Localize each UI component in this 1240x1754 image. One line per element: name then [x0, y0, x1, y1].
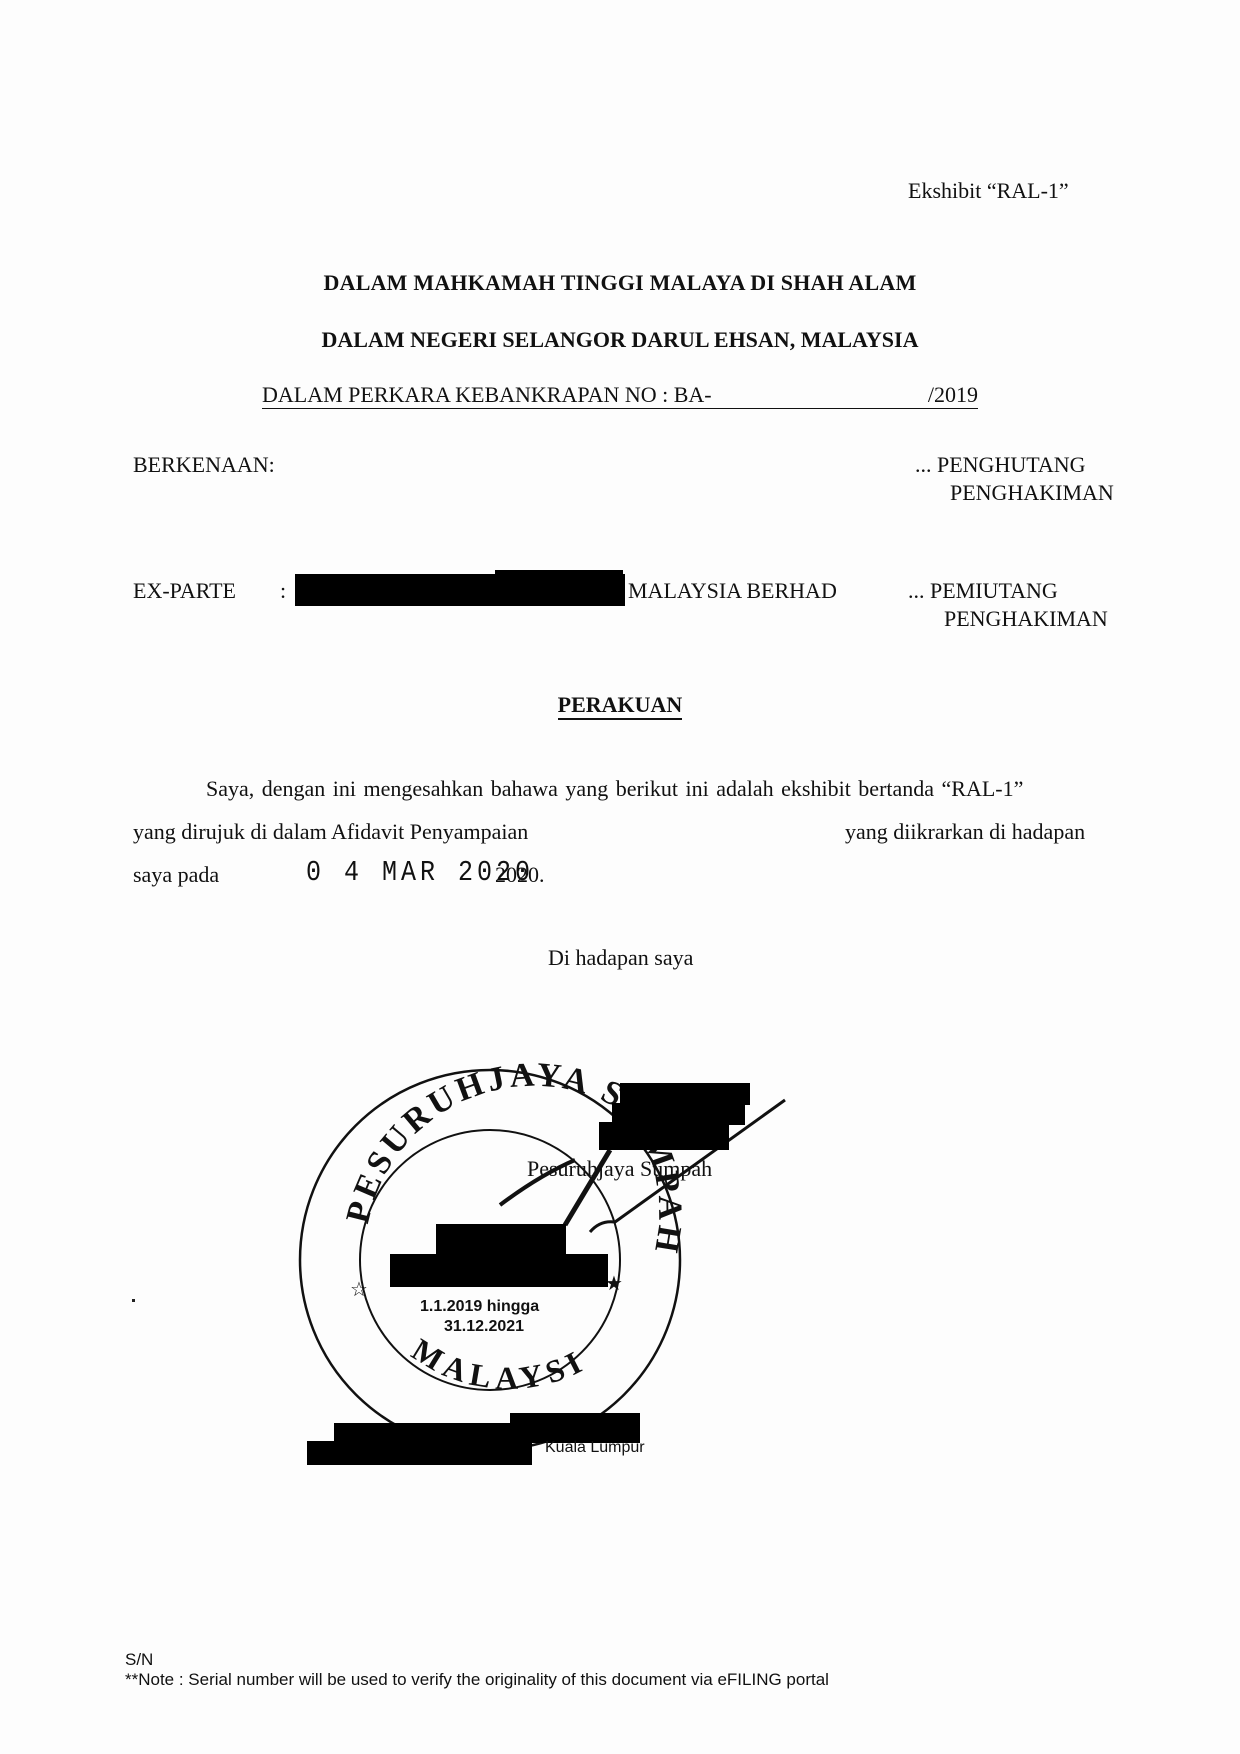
court-title-line1: DALAM MAHKAMAH TINGGI MALAYA DI SHAH ALA…	[0, 270, 1240, 296]
stamp-validity-line1: 1.1.2019 hingga	[420, 1298, 539, 1316]
certificate-heading-text: PERAKUAN	[558, 692, 683, 720]
stamp-validity-line2: 31.12.2021	[444, 1318, 524, 1336]
redaction-address-3	[307, 1441, 532, 1465]
stamp-top-arc-text: PESURUHJAYA S	[339, 1056, 632, 1226]
star-icon: ☆	[350, 1279, 368, 1301]
commissioner-title: Pesuruhjaya Sumpah	[527, 1156, 712, 1182]
case-number-prefix: DALAM PERKARA KEBANKRAPAN NO : BA-	[262, 382, 712, 407]
scan-speck	[132, 1299, 135, 1302]
creditor-role-line1: ... PEMIUTANG	[908, 578, 1058, 604]
redaction-commissioner-name-1	[436, 1224, 566, 1254]
court-title-line2: DALAM NEGERI SELANGOR DARUL EHSAN, MALAY…	[0, 327, 1240, 353]
body-paragraph-line3-right: 2020.	[495, 862, 545, 888]
address-text: Kuala Lumpur	[545, 1439, 645, 1457]
redaction-creditor-name-2	[495, 570, 623, 604]
body-paragraph-line2-left: yang dirujuk di dalam Afidavit Penyampai…	[133, 819, 528, 845]
redaction-signature-1	[620, 1083, 750, 1105]
exparte-label: EX-PARTE	[133, 578, 236, 604]
redaction-commissioner-name-2	[390, 1254, 608, 1287]
redaction-signature-3	[599, 1122, 729, 1150]
case-number-line: DALAM PERKARA KEBANKRAPAN NO : BA- /2019	[262, 382, 978, 409]
svg-text:PESURUHJAYA S: PESURUHJAYA S	[339, 1056, 632, 1226]
case-number-year: /2019	[928, 382, 978, 408]
creditor-name: MALAYSIA BERHAD	[628, 578, 837, 604]
debtor-role-line2: PENGHAKIMAN	[950, 480, 1114, 506]
creditor-role-line2: PENGHAKIMAN	[944, 606, 1108, 632]
debtor-role-line1: ... PENGHUTANG	[915, 452, 1086, 478]
serial-number-label: S/N	[125, 1650, 153, 1670]
exparte-colon: :	[280, 578, 286, 604]
regarding-label: BERKENAAN:	[133, 452, 275, 478]
redaction-address-1	[334, 1423, 510, 1443]
before-me-label: Di hadapan saya	[548, 945, 693, 971]
footer-note: **Note : Serial number will be used to v…	[125, 1670, 829, 1690]
exhibit-label: Ekshibit “RAL-1”	[908, 178, 1069, 204]
certificate-heading: PERAKUAN	[0, 692, 1240, 718]
body-paragraph-line1: Saya, dengan ini mengesahkan bahawa yang…	[206, 776, 1124, 802]
body-paragraph-line2-right: yang diikrarkan di hadapan	[845, 819, 1085, 845]
body-paragraph-line3-left: saya pada	[133, 862, 219, 888]
